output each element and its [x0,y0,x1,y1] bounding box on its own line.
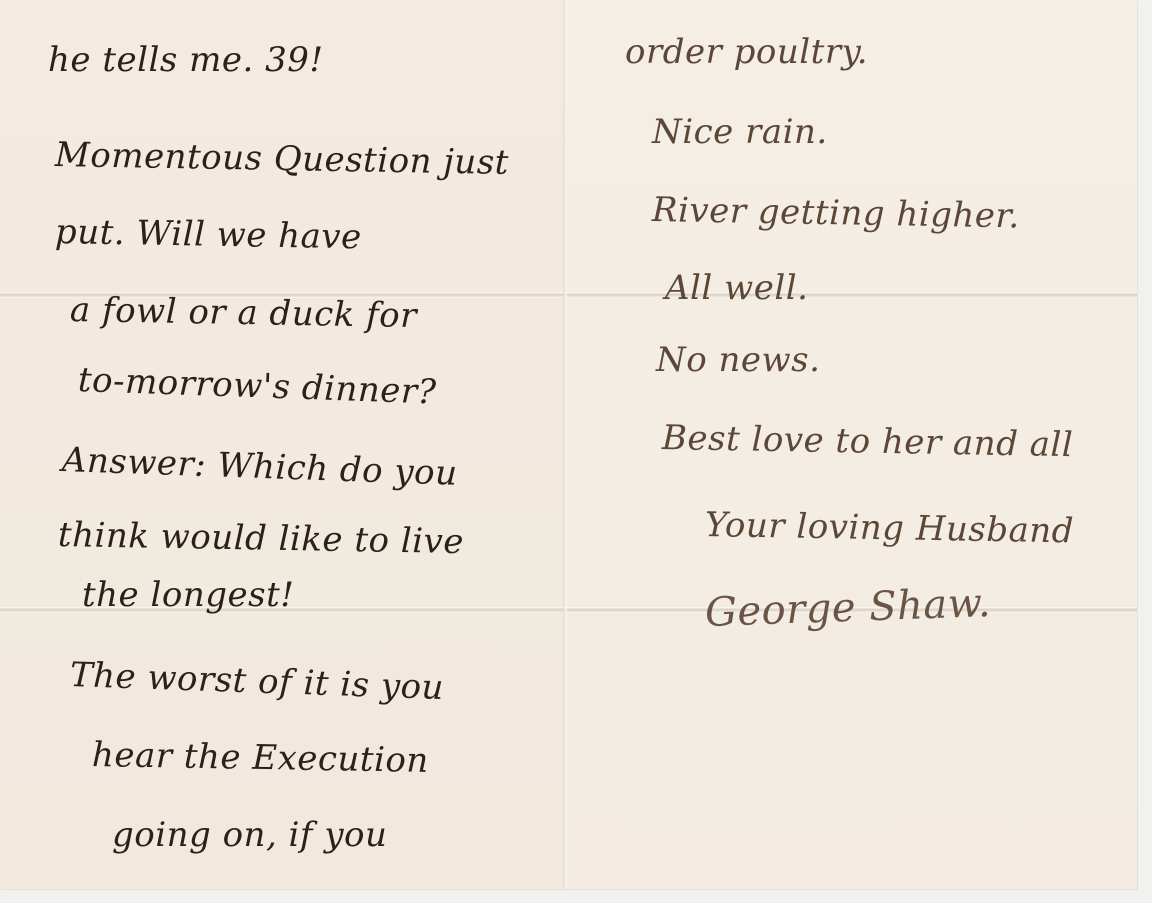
right-line-4: All well. [665,268,808,308]
left-line-2: Momentous Question just [55,135,510,183]
left-line-3: put. Will we have [55,212,362,257]
right-line-6: Best love to her and all [662,418,1074,465]
left-line-1: he tells me. 39! [48,40,324,80]
right-line-7: Your loving Husband [705,505,1075,551]
right-line-2: Nice rain. [652,112,828,152]
right-line-3: River getting higher. [652,190,1020,236]
fold-line-center [563,0,567,889]
left-line-10: hear the Execution [92,735,429,781]
left-line-4: a fowl or a duck for [70,290,418,336]
letter-paper: he tells me. 39! Momentous Question just… [0,0,1137,889]
right-line-5: No news. [656,340,820,380]
left-line-8: the longest! [82,575,294,615]
left-line-7: think would like to live [58,515,465,562]
right-line-1: order poultry. [625,32,868,72]
left-line-11: going on, if you [112,815,387,855]
